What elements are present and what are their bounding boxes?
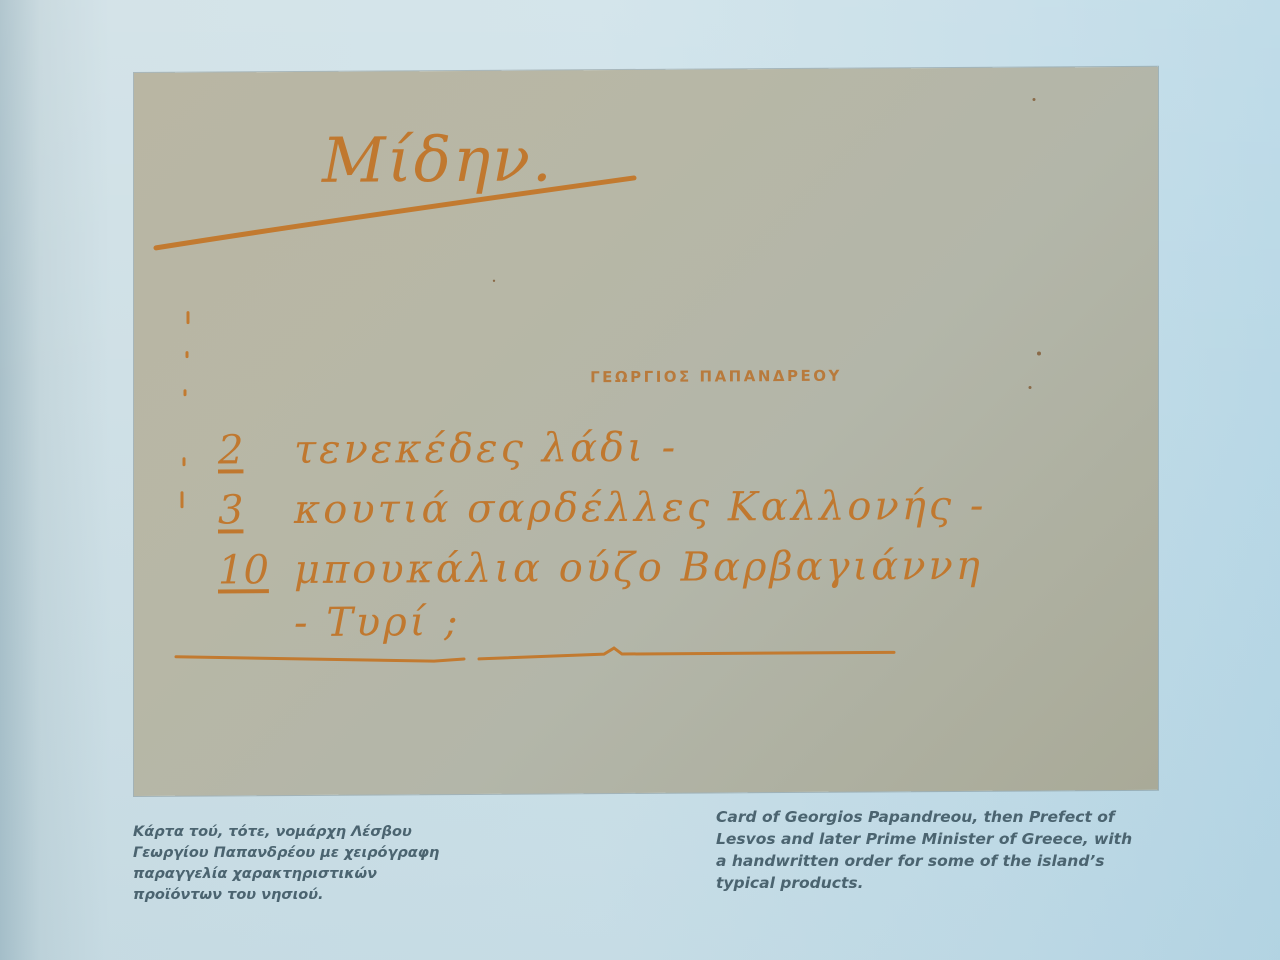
order-quantity: 10 [218,547,276,593]
caption-line: Κάρτα τού, τότε, νομάρχη Λέσβου [133,822,493,843]
caption-line: παραγγελία χαρακτηριστικών [133,864,493,885]
order-item: - Τυρί ; [294,599,461,646]
order-quantity: 2 [218,427,276,473]
printed-name: ΓΕΩΡΓΙΟΣ ΠΑΠΑΝΔΡΕΟΥ [134,365,1158,389]
order-line: 10μπουκάλια ούζο Βαρβαγιάννη [218,543,983,594]
order-quantity: 3 [218,487,276,533]
salutation-handwriting: Μίδην. [322,122,554,196]
order-item: μπουκάλια ούζο Βαρβαγιάννη [294,543,983,593]
order-line: - Τυρί ; [218,599,461,646]
order-line: 2τενεκέδες λάδι - [218,425,678,474]
caption-line: προϊόντων του νησιού. [133,885,493,906]
caption-line: Lesvos and later Prime Minister of Greec… [716,828,1136,850]
caption-line: a handwritten order for some of the isla… [716,850,1136,872]
caption-greek: Κάρτα τού, τότε, νομάρχη Λέσβου Γεωργίου… [133,822,493,906]
caption-line: typical products. [716,872,1136,894]
caption-line: Card of Georgios Papandreou, then Prefec… [716,806,1136,828]
order-item: κουτιά σαρδέλλες Καλλονής - [294,483,986,533]
order-line: 3κουτιά σαρδέλλες Καλλονής - [218,483,986,534]
caption-line: Γεωργίου Παπανδρέου με χειρόγραφη [133,843,493,864]
caption-english: Card of Georgios Papandreou, then Prefec… [716,806,1136,894]
handwritten-card-photo: Μίδην. ΓΕΩΡΓΙΟΣ ΠΑΠΑΝΔΡΕΟΥ 2τενεκέδες λά… [134,67,1158,796]
order-item: τενεκέδες λάδι - [294,425,678,473]
